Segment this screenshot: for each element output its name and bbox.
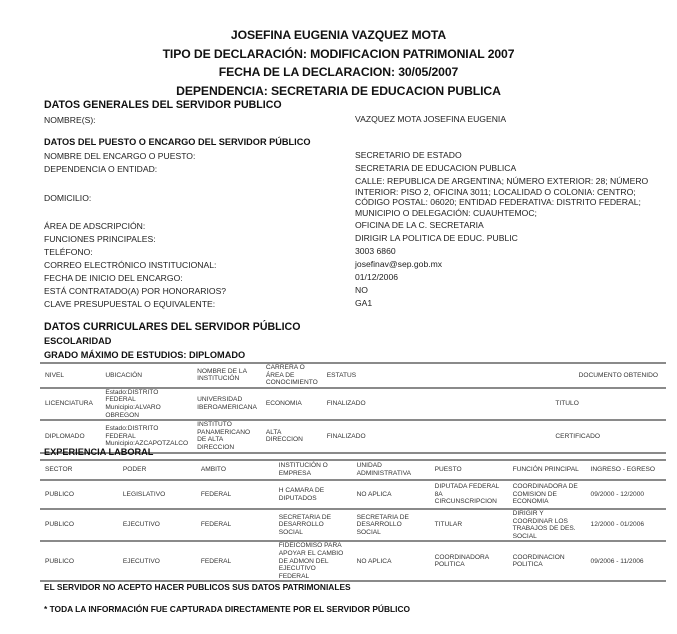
table-row: PUBLICO EJECUTIVO FEDERAL FIDEICOMISO PA… <box>41 541 667 581</box>
table-row: LICENCIATURA Estado:DISTRITO FEDERAL Mun… <box>41 388 667 420</box>
domicilio-line: CÓDIGO POSTAL: 06020; ENTIDAD FEDERATIVA… <box>355 197 648 208</box>
value-domicilio: CALLE: REPUBLICA DE ARGENTINA; NÚMERO EX… <box>355 176 648 218</box>
section-title-puesto: DATOS DEL PUESTO O ENCARGO DEL SERVIDOR … <box>44 137 310 147</box>
value-nombre: VAZQUEZ MOTA JOSEFINA EUGENIA <box>355 114 506 125</box>
label-area: ÁREA DE ADSCRIPCIÓN: <box>44 221 145 231</box>
value-clave: GA1 <box>355 298 372 309</box>
table-cell: ECONOMIA <box>261 388 322 420</box>
capture-notice: * TODA LA INFORMACIÓN FUE CAPTURADA DIRE… <box>44 604 410 614</box>
table-header-row: SECTOR PODER AMBITO INSTITUCIÓN O EMPRES… <box>41 460 667 480</box>
column-header: DOCUMENTO OBTENIDO <box>485 363 666 388</box>
escolaridad-title: ESCOLARIDAD <box>44 336 111 346</box>
column-header: PODER <box>118 460 196 480</box>
servant-name: JOSEFINA EUGENIA VAZQUEZ MOTA <box>0 26 677 45</box>
table-cell: SECRETARIA DE DESARROLLO SOCIAL <box>352 509 430 541</box>
label-telefono: TELÉFONO: <box>44 247 93 257</box>
table-cell: Estado:DISTRITO FEDERAL Municipio:ALVARO… <box>101 388 193 420</box>
column-header: UNIDAD ADMINISTRATIVA <box>352 460 430 480</box>
column-header: FUNCIÓN PRINCIPAL <box>508 460 586 480</box>
section-title-experiencia: EXPERIENCIA LABORAL <box>44 447 153 457</box>
table-cell: FIDEICOMISO PARA APOYAR EL CAMBIO DE ADM… <box>274 541 352 581</box>
label-funciones: FUNCIONES PRINCIPALES: <box>44 234 156 244</box>
table-cell: COORDINADORA DE COMISION DE ECONOMIA <box>508 480 586 509</box>
table-cell: SECRETARIA DE DESARROLLO SOCIAL <box>274 509 352 541</box>
table-cell: NO APLICA <box>352 480 430 509</box>
value-area: OFICINA DE LA C. SECRETARIA <box>355 220 484 231</box>
table-row: PUBLICO EJECUTIVO FEDERAL SECRETARIA DE … <box>41 509 667 541</box>
table-cell: PUBLICO <box>41 480 119 509</box>
column-header: INSTITUCIÓN O EMPRESA <box>274 460 352 480</box>
label-encargo: NOMBRE DEL ENCARGO O PUESTO: <box>44 151 195 161</box>
declaration-header: JOSEFINA EUGENIA VAZQUEZ MOTA TIPO DE DE… <box>0 26 677 100</box>
patrimonial-notice: EL SERVIDOR NO ACEPTO HACER PUBLICOS SUS… <box>44 582 351 592</box>
section-title-generales: DATOS GENERALES DEL SERVIDOR PUBLICO <box>44 99 282 111</box>
value-encargo: SECRETARIO DE ESTADO <box>355 150 462 161</box>
label-nombre: NOMBRE(S): <box>44 115 96 125</box>
domicilio-line: CALLE: REPUBLICA DE ARGENTINA; NÚMERO EX… <box>355 176 648 187</box>
declaration-date: FECHA DE LA DECLARACION: 30/05/2007 <box>0 63 677 82</box>
table-cell: DIRIGIR Y COORDINAR LOS TRABAJOS DE DES.… <box>508 509 586 541</box>
column-header: PUESTO <box>430 460 508 480</box>
domicilio-line: MUNICIPIO O DELEGACIÓN: CUAUHTEMOC; <box>355 208 648 219</box>
value-funciones: DIRIGIR LA POLITICA DE EDUC. PUBLIC <box>355 233 518 244</box>
table-cell <box>408 388 485 420</box>
table-cell: CERTIFICADO <box>485 420 666 452</box>
table-cell: 09/2006 - 11/2006 <box>586 541 666 581</box>
table-cell: ALTA DIRECCION <box>261 420 322 452</box>
column-header: CARRERA O ÁREA DE CONOCIMIENTO <box>261 363 322 388</box>
section-title-curriculares: DATOS CURRICULARES DEL SERVIDOR PÚBLICO <box>44 321 300 333</box>
declaration-page: JOSEFINA EUGENIA VAZQUEZ MOTA TIPO DE DE… <box>0 0 677 634</box>
table-cell: DIPUTADA FEDERAL 8A CIRCUNSCRIPCION <box>430 480 508 509</box>
label-honorarios: ESTÁ CONTRATADO(A) POR HONORARIOS? <box>44 286 226 296</box>
label-dependencia: DEPENDENCIA O ENTIDAD: <box>44 164 157 174</box>
table-cell: LEGISLATIVO <box>118 480 196 509</box>
label-domicilio: DOMICILIO: <box>44 193 91 203</box>
value-dependencia: SECRETARIA DE EDUCACION PUBLICA <box>355 163 516 174</box>
table-cell: H CAMARA DE DIPUTADOS <box>274 480 352 509</box>
table-cell: FINALIZADO <box>322 388 408 420</box>
table-cell: FEDERAL <box>196 541 274 581</box>
table-cell: PUBLICO <box>41 541 119 581</box>
table-cell: TITULAR <box>430 509 508 541</box>
value-correo: josefinav@sep.gob.mx <box>355 259 442 270</box>
value-fecha-inicio: 01/12/2006 <box>355 272 398 283</box>
table-cell: EJECUTIVO <box>118 509 196 541</box>
column-header: SECTOR <box>41 460 119 480</box>
value-telefono: 3003 6860 <box>355 246 396 257</box>
column-header: INGRESO - EGRESO <box>586 460 666 480</box>
table-cell <box>408 420 485 452</box>
label-fecha-inicio: FECHA DE INICIO DEL ENCARGO: <box>44 273 183 283</box>
table-cell: INSTITUTO PANAMERICANO DE ALTA DIRECCION <box>193 420 262 452</box>
label-clave: CLAVE PRESUPUESTAL O EQUIVALENTE: <box>44 299 215 309</box>
table-header-row: NIVEL UBICACIÓN NOMBRE DE LA INSTITUCIÓN… <box>41 363 667 388</box>
table-cell: 12/2000 - 01/2006 <box>586 509 666 541</box>
table-cell: NO APLICA <box>352 541 430 581</box>
table-cell: PUBLICO <box>41 509 119 541</box>
column-header: ESTATUS <box>322 363 408 388</box>
column-header: UBICACIÓN <box>101 363 193 388</box>
table-cell: LICENCIATURA <box>41 388 101 420</box>
declaration-agency: DEPENDENCIA: SECRETARIA DE EDUCACION PUB… <box>0 82 677 101</box>
experiencia-table: SECTOR PODER AMBITO INSTITUCIÓN O EMPRES… <box>40 459 666 582</box>
column-header <box>408 363 485 388</box>
label-correo: CORREO ELECTRÓNICO INSTITUCIONAL: <box>44 260 216 270</box>
table-row: PUBLICO LEGISLATIVO FEDERAL H CAMARA DE … <box>41 480 667 509</box>
table-cell: UNIVERSIDAD IBEROAMERICANA <box>193 388 262 420</box>
column-header: NIVEL <box>41 363 101 388</box>
table-cell: 09/2000 - 12/2000 <box>586 480 666 509</box>
table-cell: COORDINACION POLITICA <box>508 541 586 581</box>
column-header: AMBITO <box>196 460 274 480</box>
table-cell: FEDERAL <box>196 480 274 509</box>
escolaridad-table: NIVEL UBICACIÓN NOMBRE DE LA INSTITUCIÓN… <box>40 362 666 454</box>
table-cell: EJECUTIVO <box>118 541 196 581</box>
grado-maximo: GRADO MÁXIMO DE ESTUDIOS: DIPLOMADO <box>44 350 245 360</box>
table-cell: COORDINADORA POLITICA <box>430 541 508 581</box>
declaration-type: TIPO DE DECLARACIÓN: MODIFICACION PATRIM… <box>0 45 677 64</box>
table-cell: TITULO <box>485 388 666 420</box>
table-cell: FINALIZADO <box>322 420 408 452</box>
value-honorarios: NO <box>355 285 368 296</box>
domicilio-line: INTERIOR: PISO 2, OFICINA 3011; LOCALIDA… <box>355 187 648 198</box>
table-cell: FEDERAL <box>196 509 274 541</box>
column-header: NOMBRE DE LA INSTITUCIÓN <box>193 363 262 388</box>
